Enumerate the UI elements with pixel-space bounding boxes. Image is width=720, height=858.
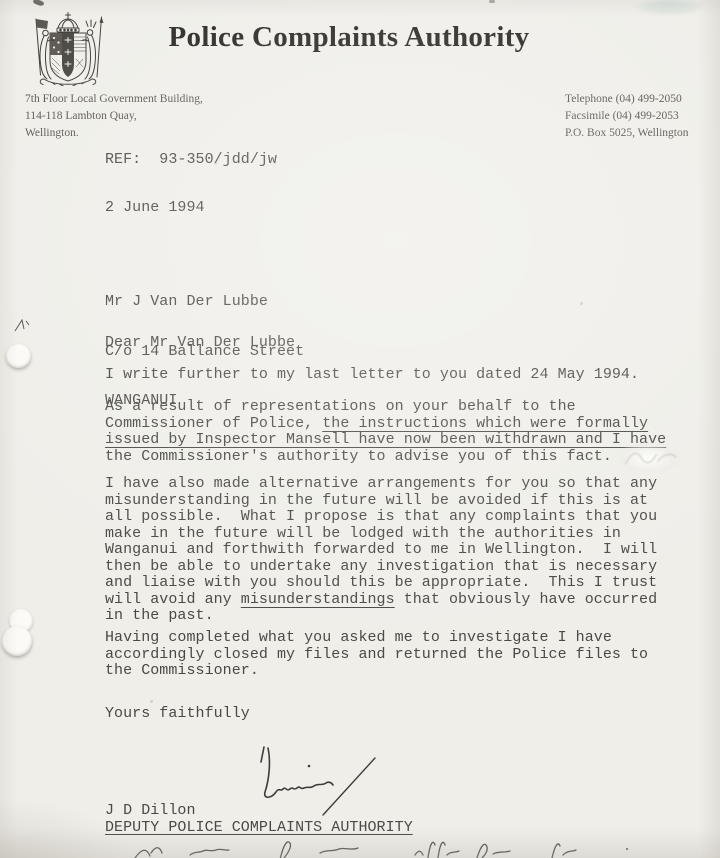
signoff: Yours faithfully	[105, 706, 250, 723]
signature-handwriting	[238, 742, 388, 820]
letterhead-title: Police Complaints Authority	[0, 21, 720, 54]
edge-mark	[489, 0, 495, 3]
contact-line: Telephone (04) 499-2050	[565, 91, 688, 108]
scanned-letter-page: Police Complaints Authority 7th Floor Lo…	[0, 0, 720, 858]
date-line: 2 June 1994	[105, 200, 205, 217]
reference-line: REF: 93-350/jdd/jw	[105, 152, 277, 169]
ghost-stamp	[618, 443, 684, 471]
underlined-word: misunderstandings	[241, 591, 395, 608]
recipient-line: Mr J Van Der Lubbe	[105, 294, 304, 311]
paragraph-text: I have also made alternative arrangement…	[105, 475, 657, 608]
pen-mark	[12, 317, 36, 335]
contact-line: P.O. Box 5025, Wellington	[565, 125, 688, 142]
address-line: 114-118 Lambton Quay,	[25, 108, 203, 125]
letterhead-address: 7th Floor Local Government Building, 114…	[25, 91, 203, 142]
dust-speck	[150, 700, 153, 703]
salutation: Dear Mr Van Der Lubbe	[105, 335, 295, 352]
address-line: 7th Floor Local Government Building,	[25, 91, 203, 108]
signatory-title: DEPUTY POLICE COMPLAINTS AUTHORITY	[105, 820, 413, 837]
body-paragraph-2: I have also made alternative arrangement…	[105, 476, 685, 625]
handwriting-partial	[95, 838, 640, 858]
edge-mark	[32, 0, 44, 7]
dust-speck	[580, 302, 583, 305]
dust-speck	[214, 162, 217, 165]
hole-punch	[2, 626, 32, 656]
paragraph-text: the Commissioner's authority to advise y…	[105, 448, 612, 465]
hole-punch	[6, 344, 31, 368]
contact-line: Facsimile (04) 499-2053	[565, 108, 688, 125]
signatory-name: J D Dillon	[105, 803, 196, 820]
body-paragraph-1: As a result of representations on your b…	[105, 399, 685, 465]
intro-paragraph: I write further to my last letter to you…	[105, 367, 639, 384]
address-line: Wellington.	[25, 125, 203, 142]
body-paragraph-3: Having completed what you asked me to in…	[105, 630, 685, 680]
letterhead-contact: Telephone (04) 499-2050 Facsimile (04) 4…	[565, 91, 688, 142]
paper-smudge	[633, 0, 705, 15]
